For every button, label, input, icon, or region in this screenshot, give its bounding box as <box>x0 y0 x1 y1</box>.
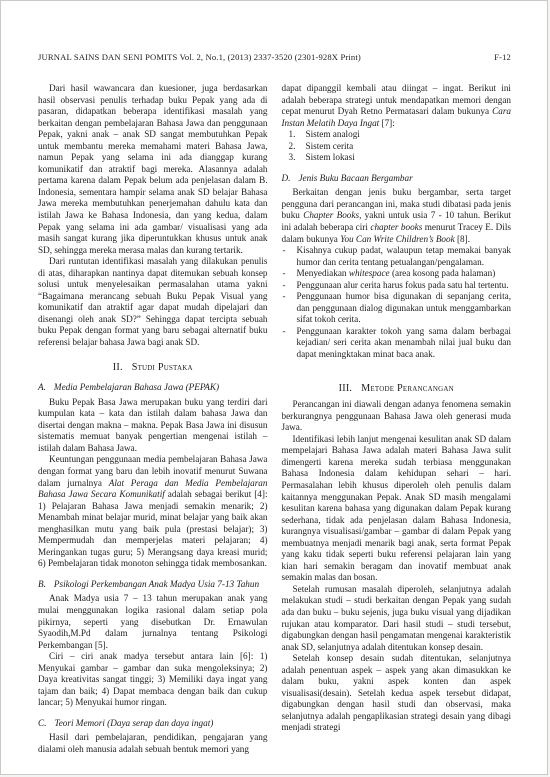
paragraph: Dari hasil wawancara dan kuesioner, juga… <box>38 83 268 256</box>
paragraph: Berkaitan dengan jenis buku bergambar, s… <box>282 187 512 245</box>
section-title: Studi Pustaka <box>132 362 193 373</box>
body-text: Identifikasi lebih lanjut mengenai kesul… <box>282 434 512 583</box>
dash-list-item: -Penggunaan humor bisa digunakan di sepa… <box>282 291 512 326</box>
body-text: Setelah rumusan masalah diperoleh, selan… <box>282 584 512 652</box>
body-text: Ciri – ciri anak madya tersebut antara l… <box>38 651 268 707</box>
body-text: Penggunaan humor bisa digunakan di sepan… <box>297 291 512 324</box>
sub-heading-label: C. <box>38 718 46 728</box>
paragraph: Setelah konsep desain sudah ditentukan, … <box>282 653 512 734</box>
list-marker: - <box>283 268 286 280</box>
list-marker: - <box>283 245 286 257</box>
numbered-list-item: 2.Sistem cerita <box>282 141 512 153</box>
running-header: JURNAL SAINS DAN SENI POMITS Vol. 2, No.… <box>1 1 547 62</box>
sub-heading-title: Media Pembelajaran Bahasa Jawa (PEPAK) <box>54 382 219 392</box>
body-text: adalah sebagai berikut [4]: 1) Pelajaran… <box>38 489 268 568</box>
sub-heading-label: B. <box>38 579 46 589</box>
list-marker: - <box>283 291 286 303</box>
paper-page: JURNAL SAINS DAN SENI POMITS Vol. 2, No.… <box>0 0 548 775</box>
paragraph: Keuntungan penggunaan media pembelajaran… <box>38 454 268 569</box>
sub-heading-label: D. <box>282 173 291 183</box>
italic-text: Chapter Books <box>303 210 359 220</box>
sub-heading-title: Psikologi Perkembangan Anak Madya Usia 7… <box>54 579 259 589</box>
paragraph: Buku Pepak Basa Jawa merupakan buku yang… <box>38 397 268 455</box>
sub-heading-label: A. <box>38 382 46 392</box>
right-column: dapat dipanggil kembali atau diingat – i… <box>282 83 512 756</box>
body-text: Penggunaan alur cerita harus fokus pada … <box>297 280 509 290</box>
paragraph: Setelah rumusan masalah diperoleh, selan… <box>282 584 512 653</box>
dash-list-item: -Menyediakan whitespace (area kosong pad… <box>282 268 512 280</box>
section-heading: III.Metode Perancangan <box>282 383 512 395</box>
body-text: Setelah konsep desain sudah ditentukan, … <box>282 653 512 732</box>
body-text: Buku Pepak Basa Jawa merupakan buku yang… <box>38 397 268 453</box>
sub-heading-title: Jenis Buku Bacaan Bergambar <box>298 173 412 183</box>
dash-list-item: -Kisahnya cukup padat, walaupun tetap me… <box>282 245 512 268</box>
dash-list-item: -Penggunaan karakter tokoh yang sama dal… <box>282 326 512 361</box>
paragraph: Dari runtutan identifikasi masalah yang … <box>38 256 268 348</box>
body-text: [7]: <box>379 118 395 128</box>
journal-title: JURNAL SAINS DAN SENI POMITS Vol. 2, No.… <box>38 52 361 62</box>
left-column: Dari hasil wawancara dan kuesioner, juga… <box>38 83 268 756</box>
body-text: [8]. <box>455 234 470 244</box>
body-text: Kisahnya cukup padat, walaupun tetap mem… <box>297 245 512 267</box>
italic-text: chapter books <box>370 222 422 232</box>
body-text: Hasil dari pembelajaran, pendidikan, pen… <box>38 732 268 754</box>
list-marker: 3. <box>289 152 296 164</box>
sub-heading: C.Teori Memori (Daya serap dan daya inga… <box>38 718 268 730</box>
body-text: Dari runtutan identifikasi masalah yang … <box>38 256 268 347</box>
body-text: Anak Madya usia 7 – 13 tahun merupakan a… <box>38 593 268 649</box>
italic-text: You Can Write Children’s Book <box>340 234 455 244</box>
vertical-spacer <box>282 361 512 370</box>
body-text: Sistem analogi <box>306 129 360 139</box>
sub-heading: B.Psikologi Perkembangan Anak Madya Usia… <box>38 579 268 591</box>
two-column-body: Dari hasil wawancara dan kuesioner, juga… <box>1 62 547 756</box>
paragraph: Hasil dari pembelajaran, pendidikan, pen… <box>38 732 268 755</box>
body-text: Dari hasil wawancara dan kuesioner, juga… <box>38 83 268 255</box>
paragraph: dapat dipanggil kembali atau diingat – i… <box>282 83 512 129</box>
section-number: III. <box>339 383 353 394</box>
body-text: Menyediakan <box>297 268 349 278</box>
sub-heading-title: Teori Memori (Daya serap dan daya ingat) <box>54 718 213 728</box>
page-number: F-12 <box>494 52 511 62</box>
body-text: Perancangan ini diawali dengan adanya fe… <box>282 399 512 432</box>
dash-list-item: -Penggunaan alur cerita harus fokus pada… <box>282 280 512 292</box>
paragraph: Anak Madya usia 7 – 13 tahun merupakan a… <box>38 593 268 651</box>
numbered-list-item: 3.Sistem lokasi <box>282 152 512 164</box>
sub-heading: A.Media Pembelajaran Bahasa Jawa (PEPAK) <box>38 382 268 394</box>
section-title: Metode Perancangan <box>361 383 454 394</box>
list-marker: - <box>283 280 286 292</box>
italic-text: whitespace <box>349 268 390 278</box>
sub-heading: D.Jenis Buku Bacaan Bergambar <box>282 173 512 185</box>
list-marker: 2. <box>289 141 296 153</box>
paragraph: Ciri – ciri anak madya tersebut antara l… <box>38 651 268 709</box>
numbered-list-item: 1.Sistem analogi <box>282 129 512 141</box>
paragraph: Perancangan ini diawali dengan adanya fe… <box>282 399 512 434</box>
section-number: II. <box>113 362 123 373</box>
body-text: Penggunaan karakter tokoh yang sama dala… <box>297 326 512 359</box>
body-text: (area kosong pada halaman) <box>390 268 496 278</box>
body-text: Sistem cerita <box>306 141 354 151</box>
body-text: Sistem lokasi <box>306 152 355 162</box>
paragraph: Identifikasi lebih lanjut mengenai kesul… <box>282 434 512 584</box>
body-text: dapat dipanggil kembali atau diingat – i… <box>282 83 512 116</box>
list-marker: 1. <box>289 129 296 141</box>
section-heading: II.Studi Pustaka <box>38 362 268 374</box>
list-marker: - <box>283 326 286 338</box>
